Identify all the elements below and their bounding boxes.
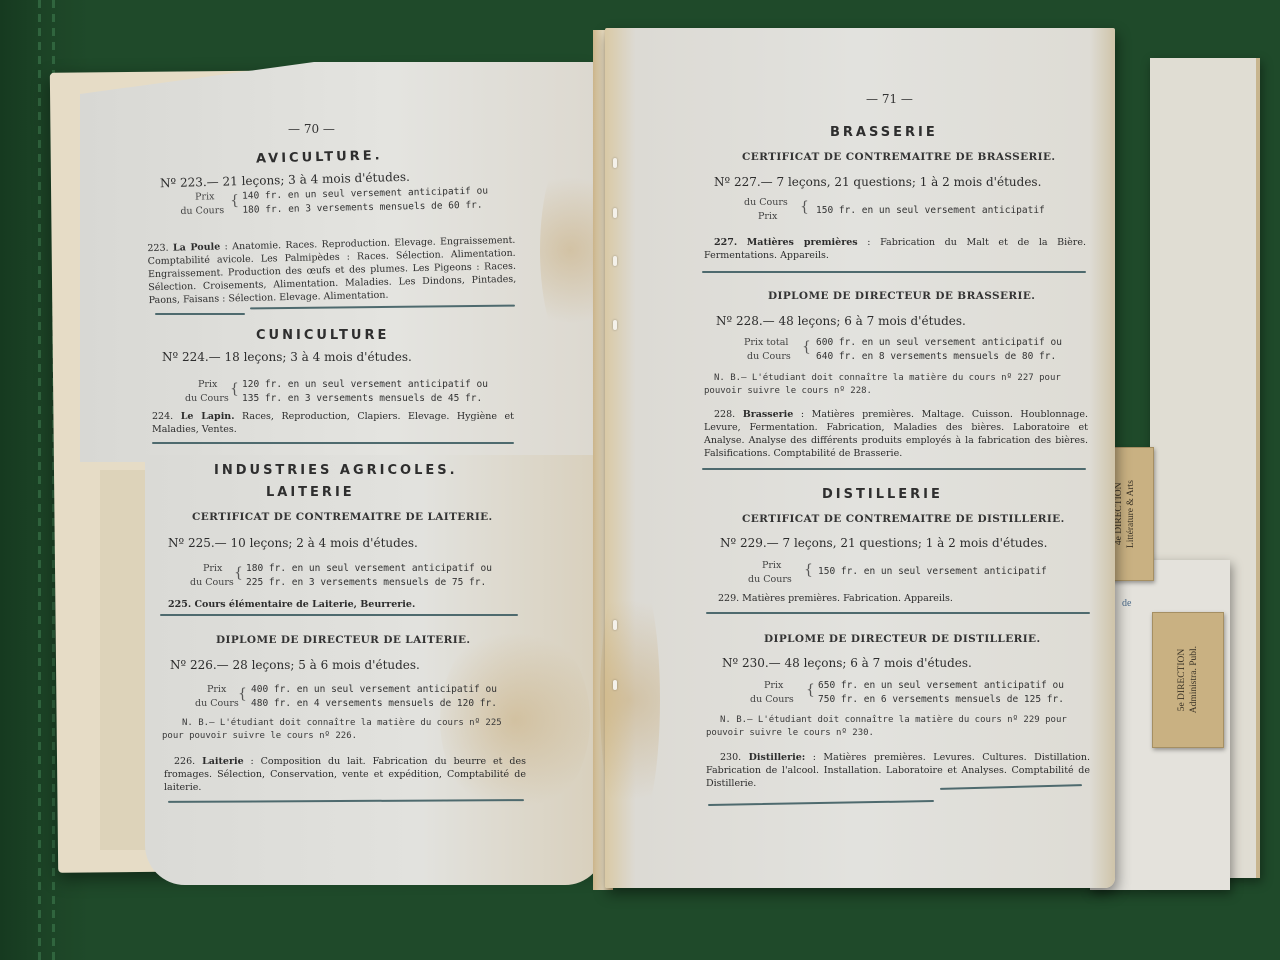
price-option: 180 fr. en un seul versement anticipatif…: [246, 563, 492, 574]
price-label: Prix: [764, 680, 783, 691]
prerequisite-note: N. B.— L'étudiant doit connaître la mati…: [704, 372, 1088, 398]
section-subtitle: LAITERIE: [266, 485, 355, 500]
price-label: Prix: [195, 191, 215, 202]
age-stain: [600, 560, 660, 840]
course-description: 230. Distillerie: : Matières premières. …: [706, 751, 1090, 790]
leather-stitching: [38, 0, 41, 960]
brace-icon: {: [800, 199, 809, 215]
certificate-title: DIPLOME DE DIRECTEUR DE DISTILLERIE.: [764, 633, 1041, 645]
course-description: 224. Le Lapin. Races, Reproduction, Clap…: [152, 410, 514, 436]
price-label: Prix: [758, 211, 777, 222]
price-option: 640 fr. en 8 versements mensuels de 80 f…: [816, 351, 1056, 362]
punch-hole: [613, 256, 617, 266]
price-option: 150 fr. en un seul versement anticipatif: [818, 566, 1047, 577]
age-stain: [540, 150, 600, 350]
tab-label: 4e DIRECTION Littérature & Arts: [1113, 480, 1137, 548]
brace-icon: {: [804, 562, 813, 578]
price-label: du Cours: [195, 698, 239, 709]
course-info: Nº 225.— 10 leçons; 2 à 4 mois d'études.: [168, 536, 418, 550]
course-description: 223. La Poule : Anatomie. Races. Reprodu…: [147, 234, 516, 307]
price-option: 650 fr. en un seul versement anticipatif…: [818, 680, 1064, 691]
certificate-title: DIPLOME DE DIRECTEUR DE BRASSERIE.: [768, 290, 1035, 302]
section-divider: [152, 442, 514, 444]
brace-icon: {: [234, 565, 243, 581]
page-number: — 71 —: [866, 92, 913, 106]
price-label: Prix: [207, 684, 226, 695]
price-option: 120 fr. en un seul versement anticipatif…: [242, 379, 488, 390]
price-label: du Cours: [747, 351, 791, 362]
certificate-title: CERTIFICAT DE CONTREMAITRE DE LAITERIE.: [192, 511, 493, 523]
brace-icon: {: [238, 686, 247, 702]
price-option: 480 fr. en 4 versements mensuels de 120 …: [251, 698, 497, 709]
course-info: Nº 226.— 28 leçons; 5 à 6 mois d'études.: [170, 658, 420, 672]
price-option: 150 fr. en un seul versement anticipatif: [816, 205, 1045, 216]
section-divider: [706, 612, 1090, 614]
certificate-title: CERTIFICAT DE CONTREMAITRE DE BRASSERIE.: [742, 151, 1055, 163]
price-label: du Cours: [180, 205, 224, 217]
course-info: Nº 227.— 7 leçons, 21 questions; 1 à 2 m…: [714, 175, 1041, 189]
price-label: du Cours: [185, 393, 229, 404]
punch-hole: [613, 680, 617, 690]
punch-hole: [613, 320, 617, 330]
price-option: 135 fr. en 3 versements mensuels de 45 f…: [242, 393, 482, 404]
price-label: du Cours: [190, 577, 234, 588]
price-option: 400 fr. en un seul versement anticipatif…: [251, 684, 497, 695]
section-title: INDUSTRIES AGRICOLES.: [214, 463, 458, 478]
course-info: Nº 230.— 48 leçons; 6 à 7 mois d'études.: [722, 656, 972, 670]
brace-icon: {: [806, 682, 815, 698]
course-description: 226. Laiterie : Composition du lait. Fab…: [164, 755, 526, 794]
certificate-title: CERTIFICAT DE CONTREMAITRE DE DISTILLERI…: [742, 513, 1065, 525]
index-tab-5e-direction[interactable]: 5e DIRECTION Administra. Publ.: [1152, 612, 1224, 748]
section-title: BRASSERIE: [830, 125, 938, 140]
punch-hole: [613, 620, 617, 630]
price-label: Prix: [198, 379, 217, 390]
page-number: — 70 —: [288, 122, 335, 136]
price-label: Prix total: [744, 337, 788, 348]
section-divider: [702, 468, 1086, 470]
price-label: Prix: [762, 560, 781, 571]
brace-icon: {: [230, 381, 239, 397]
section-divider: [155, 313, 245, 315]
price-label: du Cours: [744, 197, 788, 208]
brace-icon: {: [230, 193, 239, 209]
course-info: Nº 229.— 7 leçons, 21 questions; 1 à 2 m…: [720, 536, 1047, 550]
price-option: 600 fr. en un seul versement anticipatif…: [816, 337, 1062, 348]
section-title: DISTILLERIE: [822, 487, 943, 502]
price-label: du Cours: [750, 694, 794, 705]
price-option: 750 fr. en 6 versements mensuels de 125 …: [818, 694, 1064, 705]
punch-hole: [613, 208, 617, 218]
prerequisite-note: N. B.— L'étudiant doit connaître la mati…: [706, 714, 1090, 740]
section-divider: [702, 271, 1086, 273]
price-label: du Cours: [748, 574, 792, 585]
punch-hole: [613, 158, 617, 168]
tab-label: 5e DIRECTION Administra. Publ.: [1176, 646, 1200, 713]
course-description: 225. Cours élémentaire de Laiterie, Beur…: [168, 598, 415, 611]
section-divider: [160, 614, 518, 616]
course-info: Nº 228.— 48 leçons; 6 à 7 mois d'études.: [716, 314, 966, 328]
price-option: 225 fr. en 3 versements mensuels de 75 f…: [246, 577, 486, 588]
prerequisite-note: N. B.— L'étudiant doit connaître la mati…: [162, 717, 524, 743]
course-info: Nº 224.— 18 leçons; 3 à 4 mois d'études.: [162, 350, 412, 364]
course-description: 228. Brasserie : Matières premières. Mal…: [704, 408, 1088, 460]
section-title: CUNICULTURE: [256, 328, 389, 343]
price-label: Prix: [203, 563, 222, 574]
certificate-title: DIPLOME DE DIRECTEUR DE LAITERIE.: [216, 634, 470, 646]
brace-icon: {: [802, 339, 811, 355]
course-description: 227. Matières premières : Fabrication du…: [704, 236, 1086, 262]
course-description: 229. Matières premières. Fabrication. Ap…: [718, 592, 953, 605]
stray-page-text: de: [1122, 598, 1131, 609]
